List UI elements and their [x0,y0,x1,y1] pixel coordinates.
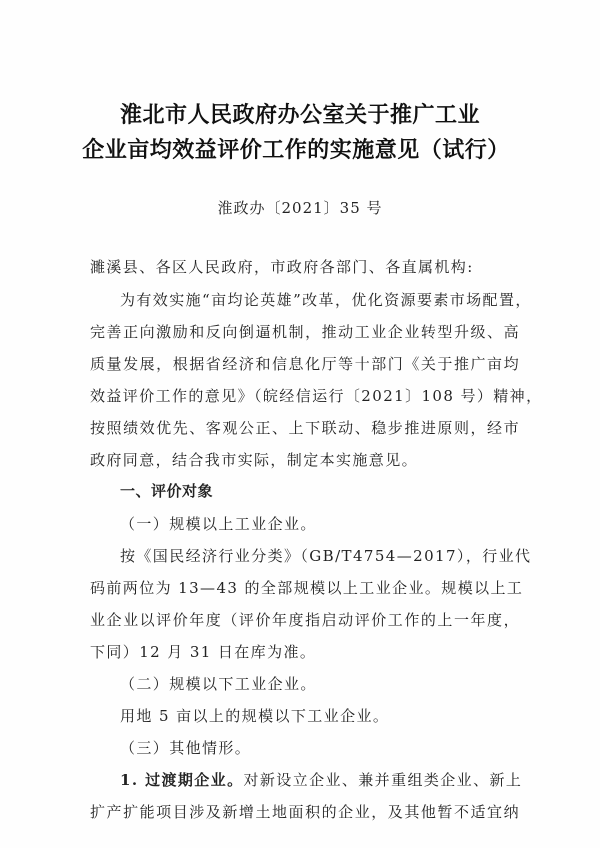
intro-paragraph-line: 质量发展，根据省经济和信息化厅等十部门《关于推广亩均 [90,353,520,375]
subsection-1-line: 业企业以评价年度（评价年度指启动评价工作的上一年度， [90,609,520,631]
subsection-2-text: 用地 5 亩以上的规模以下工业企业。 [120,705,520,727]
section-1-heading: 一、评价对象 [120,480,520,502]
intro-paragraph-line: 为有效实施“亩均论英雄”改革，优化资源要素市场配置， [120,289,520,311]
document-title-line-1: 淮北市人民政府办公室关于推广工业 [0,100,600,130]
subsection-1-line: 按《国民经济行业分类》（GB/T4754—2017），行业代 [120,545,520,567]
intro-paragraph-line: 效益评价工作的意见》（皖经信运行〔2021〕108 号）精神， [90,385,520,407]
subsection-1-line: 码前两位为 13—43 的全部规模以上工业企业。规模以上工 [90,577,520,599]
item-1-line: 扩产扩能项目涉及新增土地面积的企业，及其他暂不适宜纳 [90,801,520,823]
intro-paragraph-line: 完善正向激励和反向倒逼机制，推动工业企业转型升级、高 [90,321,520,343]
document-title-line-2: 企业亩均效益评价工作的实施意见（试行） [0,135,596,165]
subsection-2-heading: （二）规模以下工业企业。 [120,673,520,695]
intro-paragraph-line: 政府同意，结合我市实际，制定本实施意见。 [90,449,520,471]
subsection-1-heading: （一）规模以上工业企业。 [120,513,520,535]
addressee: 濉溪县、各区人民政府，市政府各部门、各直属机构: [90,256,520,278]
intro-paragraph-line: 按照绩效优先、客观公正、上下联动、稳步推进原则，经市 [90,417,520,439]
item-1-text: 对新设立企业、兼并重组类企业、新上 [243,771,522,789]
item-1-label: 1. 过渡期企业。 [120,771,243,789]
item-1-line: 1. 过渡期企业。对新设立企业、兼并重组类企业、新上 [120,769,520,791]
subsection-3-heading: （三）其他情形。 [120,737,520,759]
document-page: 淮北市人民政府办公室关于推广工业 企业亩均效益评价工作的实施意见（试行） 淮政办… [0,0,600,848]
subsection-1-line: 下同）12 月 31 日在库为准。 [90,641,520,663]
document-number: 淮政办〔2021〕35 号 [0,197,600,219]
